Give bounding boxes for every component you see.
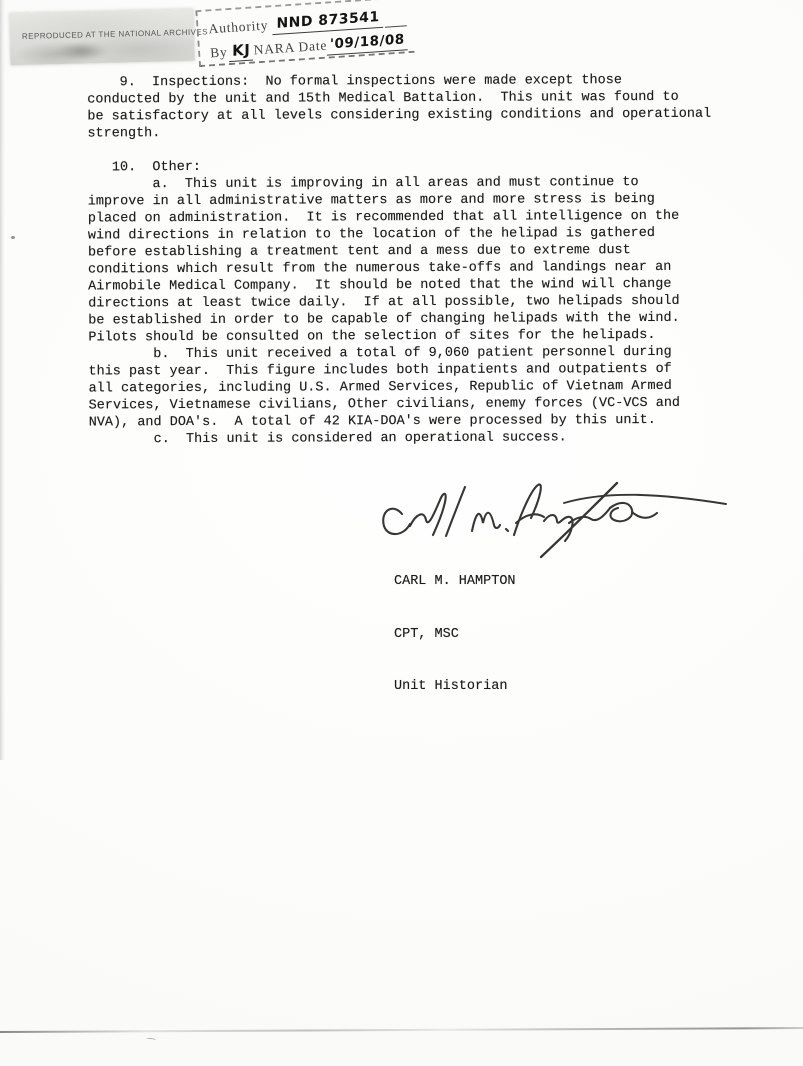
scan-tick-artifact [146,1037,156,1041]
scanned-document-page: REPRODUCED AT THE NATIONAL ARCHIVES Auth… [0,0,803,1066]
text-line: c. This unit is considered an operationa… [89,429,749,449]
declassification-authority-stamp: Authority NND 873541 By KJ NARA Date '09… [195,0,414,67]
document-body-text: 9. Inspections: No formal inspections we… [87,72,749,449]
signature-rank: CPT, MSC [394,626,516,644]
signature-typed-block: CARL M. HAMPTON CPT, MSC Unit Historian [394,538,516,731]
signature-title: Unit Historian [394,678,516,696]
by-label: By [210,42,229,63]
text-line: wind directions in relation to the locat… [88,225,748,245]
stamp-smudge-artifact [46,38,118,64]
text-line: be satisfactory at all levels considerin… [87,106,747,126]
by-initials-handwritten: KJ [229,39,253,62]
scan-speck-artifact [11,236,15,239]
scan-edge-shading [0,0,5,760]
signature-typed-name: CARL M. HAMPTON [394,573,516,591]
scan-line-artifact [0,1027,803,1033]
text-line: NVA), and DOA's. A total of 42 KIA-DOA's… [89,412,749,432]
authority-label: Authority [208,15,269,39]
date-handwritten: '09/18/08 [327,29,408,55]
nara-date-label: NARA Date [253,36,328,61]
